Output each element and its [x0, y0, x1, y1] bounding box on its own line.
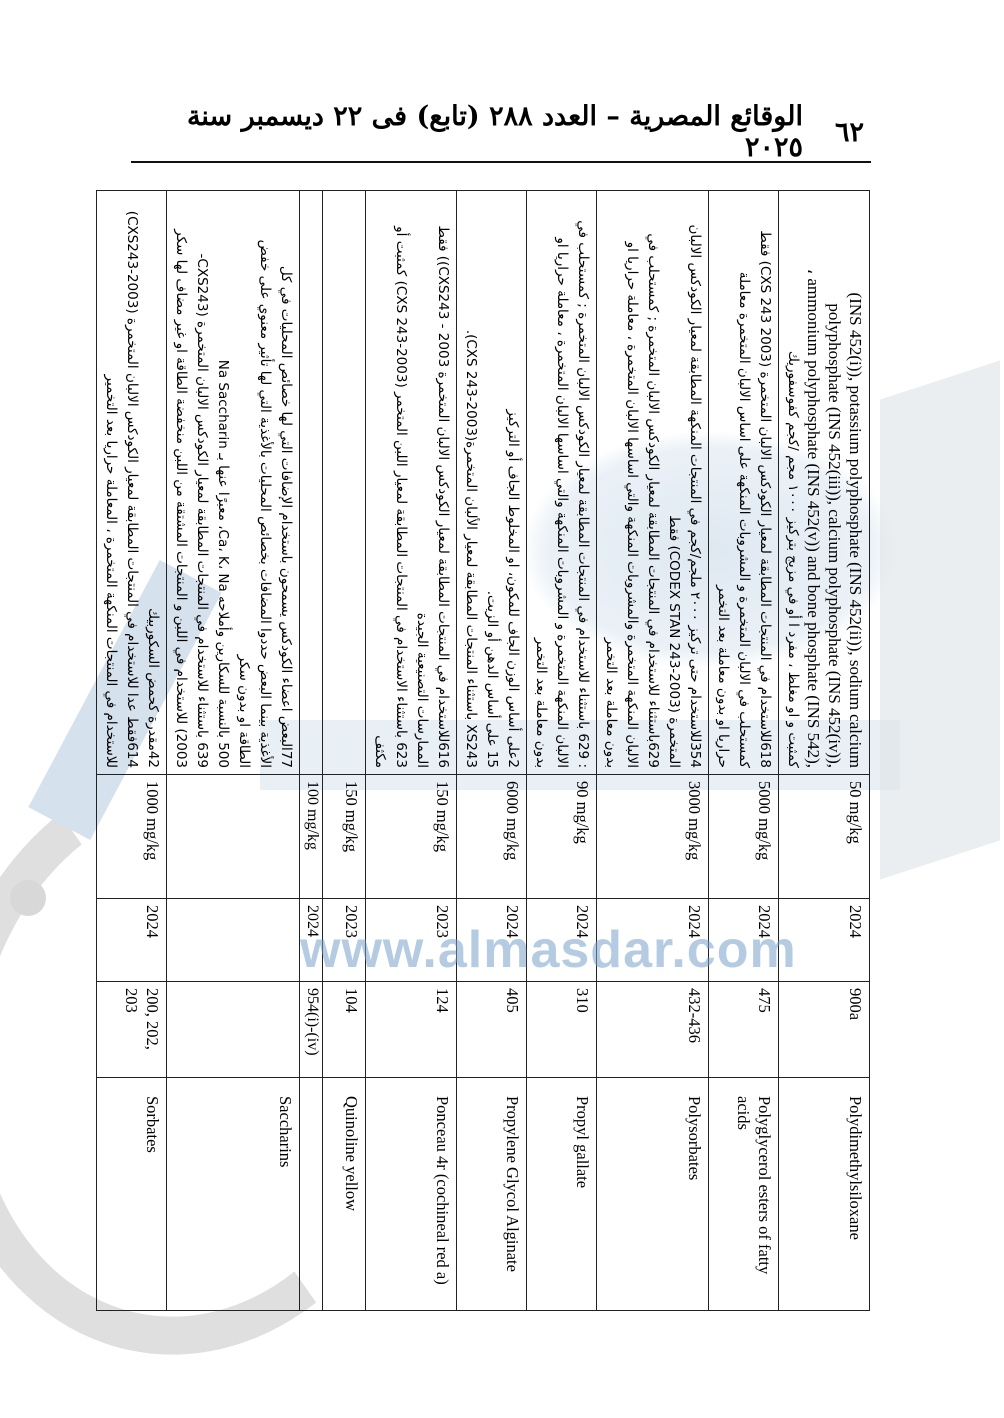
note-line: الالبان المنكهة المتخمرة و المشروبات الم… — [551, 197, 572, 768]
year-cell: 2024 — [97, 899, 167, 982]
table-row: : 629 باستثناء للاستخدام في المنتجات الم… — [527, 191, 597, 1311]
notes-cell: 354للاستخدام حتى تركيز ٢٠٠٠ ملجم/كجم في … — [597, 191, 709, 775]
note-line: (INS 452(i)), potassium polyphosphate (I… — [845, 197, 866, 768]
note-line: 15 على أساس الدهن أو الزيت. — [481, 197, 502, 768]
note-line: 616للاستخدام في المنتجات المطابقة لمعيار… — [432, 197, 453, 768]
max-level-cell: 150 mg/kg — [366, 775, 457, 899]
note-line: 614فقط عدا للاستخدام في المنتجات المطابق… — [121, 197, 142, 768]
additive-name-cell: Ponceau 4r (cochineal red a) — [366, 1078, 457, 1311]
max-level-cell: 90 mg/kg — [527, 775, 597, 899]
note-line: كمستحلب في الالبان المتخمرة و المشروبات … — [733, 197, 754, 768]
ins-number-cell: 200, 202, 203 — [97, 982, 167, 1078]
note-line: 77البعض اعضاء الكودكس يسمحون باستخدام ال… — [275, 197, 296, 768]
additives-table-rotated: (INS 452(i)), potassium polyphosphate (I… — [133, 190, 870, 1293]
ins-number-cell: 104 — [323, 982, 366, 1078]
max-level-cell: 5000 mg/kg — [709, 775, 779, 899]
year-cell: 2023 — [366, 899, 457, 982]
year-cell — [167, 899, 300, 982]
notes-cell: 42مقدرة كحمض السكوربيك614فقط عدا للاستخد… — [97, 191, 167, 775]
note-line: 42مقدرة كحمض السكوربيك — [142, 197, 163, 768]
additive-name-cell: Polydimethylsiloxane — [779, 1078, 870, 1311]
year-cell: 2024 — [527, 899, 597, 982]
note-line: كمثبت و او مغلظ ، مفرد ا أو في مزيج بترك… — [782, 197, 803, 768]
header-divider — [131, 161, 871, 163]
note-line: الالبان المنكهة المتخمرة والمشروبات المن… — [621, 197, 642, 768]
table-row: 150 mg/kg2023104Quinoline yellow — [323, 191, 366, 1311]
watermark-dot — [10, 880, 46, 916]
note-line: 639 باستثناء للاستخدام في المنتجات المطا… — [191, 197, 212, 768]
additive-name-cell: Saccharins — [167, 1078, 300, 1311]
note-line: بدون معاملة بعد التخمر — [530, 197, 551, 768]
table-row: 42مقدرة كحمض السكوربيك614فقط عدا للاستخد… — [97, 191, 167, 1311]
note-line: 618للاستخدام في المنتجات المطابقة لمعيار… — [754, 197, 775, 768]
additive-name-cell: Sorbates — [97, 1078, 167, 1311]
notes-cell: : 629 باستثناء للاستخدام في المنتجات الم… — [527, 191, 597, 775]
note-line: المتخمرة (CODEX STAN 243-2003) فقط — [663, 197, 684, 768]
note-line: مكثف — [369, 197, 390, 768]
note-line: 2003) للاستخدام في اللبن و المنتجات المش… — [170, 197, 191, 768]
watermark-right-shape — [880, 361, 1000, 880]
note-line: للاستخدام في المنتجات المنكهة المتخمرة ،… — [100, 197, 121, 768]
max-level-cell: 6000 mg/kg — [457, 775, 527, 899]
note-line: 354للاستخدام حتى تركيز ٢٠٠٠ ملجم/كجم في … — [684, 197, 705, 768]
max-level-cell: 3000 mg/kg — [597, 775, 709, 899]
table-row: 354للاستخدام حتى تركيز ٢٠٠٠ ملجم/كجم في … — [597, 191, 709, 1311]
note-line: الممارسات التصنيعية الجيدة — [411, 197, 432, 768]
ins-number-cell: 954(i)-(iv) — [300, 982, 323, 1078]
additive-name-cell: Polysorbates — [597, 1078, 709, 1311]
max-level-cell: 100 mg/kg — [300, 775, 323, 899]
ins-number-cell: 310 — [527, 982, 597, 1078]
year-cell: 2023 — [323, 899, 366, 982]
year-cell: 2024 — [779, 899, 870, 982]
max-level-cell: 150 mg/kg — [323, 775, 366, 899]
table-row: 100 mg/kg2024954(i)-(iv) — [300, 191, 323, 1311]
ins-number-cell — [167, 982, 300, 1078]
additive-name-cell — [300, 1078, 323, 1311]
notes-cell: 616للاستخدام في المنتجات المطابقة لمعيار… — [366, 191, 457, 775]
ins-number-cell: 900a — [779, 982, 870, 1078]
table-row: 77البعض اعضاء الكودكس يسمحون باستخدام ال… — [167, 191, 300, 1311]
additive-name-cell: Propylene Glycol Alginate — [457, 1078, 527, 1311]
page-number: ٦٢ — [835, 117, 864, 148]
notes-cell: 2على أساس الوزن الجاف للمكون، او المخلوط… — [457, 191, 527, 775]
additive-name-cell: Propyl gallate — [527, 1078, 597, 1311]
table-row: (INS 452(i)), potassium polyphosphate (I… — [779, 191, 870, 1311]
notes-cell — [300, 191, 323, 775]
table-row: 618للاستخدام في المنتجات المطابقة لمعيار… — [709, 191, 779, 1311]
additives-table: (INS 452(i)), potassium polyphosphate (I… — [96, 190, 870, 1311]
ins-number-cell: 432-436 — [597, 982, 709, 1078]
year-cell: 2024 — [457, 899, 527, 982]
note-line: : 629 باستثناء للاستخدام في المنتجات الم… — [572, 197, 593, 768]
year-cell: 2024 — [597, 899, 709, 982]
notes-cell: (INS 452(i)), potassium polyphosphate (I… — [779, 191, 870, 775]
note-line: حراريا او بدون معاملة بعد التخمر — [712, 197, 733, 768]
ins-number-cell: 405 — [457, 982, 527, 1078]
gazette-title: الوقائع المصرية – العدد ٢٨٨ (تابع) فى ٢٢… — [130, 101, 803, 163]
max-level-cell: 50 mg/kg — [779, 775, 870, 899]
additive-name-cell: Polyglycerol esters of fatty acids — [709, 1078, 779, 1311]
note-line: الطاقة او بدون سكر — [233, 197, 254, 768]
note-line: 623 باستثناء الاستخدام في المنتجات المطا… — [390, 197, 411, 768]
notes-cell — [323, 191, 366, 775]
max-level-cell: 1000 mg/kg — [97, 775, 167, 899]
notes-cell: 77البعض اعضاء الكودكس يسمحون باستخدام ال… — [167, 191, 300, 775]
note-line: 2على أساس الوزن الجاف للمكون، او المخلوط… — [502, 197, 523, 768]
additive-name-cell: Quinoline yellow — [323, 1078, 366, 1311]
note-line: الأغذية بينما البعض حددوا المضافات بخصائ… — [254, 197, 275, 768]
year-cell: 2024 — [300, 899, 323, 982]
page-header: ٦٢ الوقائع المصرية – العدد ٢٨٨ (تابع) فى… — [130, 112, 870, 152]
table-row: 2على أساس الوزن الجاف للمكون، او المخلوط… — [457, 191, 527, 1311]
year-cell: 2024 — [709, 899, 779, 982]
note-line: بدون معاملة بعد التخمر — [600, 197, 621, 768]
note-line: 629باستثناء للاستخدام في المنتجات المطاب… — [642, 197, 663, 768]
max-level-cell — [167, 775, 300, 899]
ins-number-cell: 124 — [366, 982, 457, 1078]
table-row: 616للاستخدام في المنتجات المطابقة لمعيار… — [366, 191, 457, 1311]
note-line: polyphosphate (INS 452(iii)), calcium po… — [824, 197, 845, 768]
notes-cell: 618للاستخدام في المنتجات المطابقة لمعيار… — [709, 191, 779, 775]
note-line: ، ammonium polyphosphate (INS 452(v)) an… — [803, 197, 824, 768]
ins-number-cell: 475 — [709, 982, 779, 1078]
note-line: 500 بالنسبة للسكارين وأملاحه Ca، K، Na، … — [212, 197, 233, 768]
note-line: XS243 باستثناء المنتجات المطابقة لمعيار … — [460, 197, 481, 768]
